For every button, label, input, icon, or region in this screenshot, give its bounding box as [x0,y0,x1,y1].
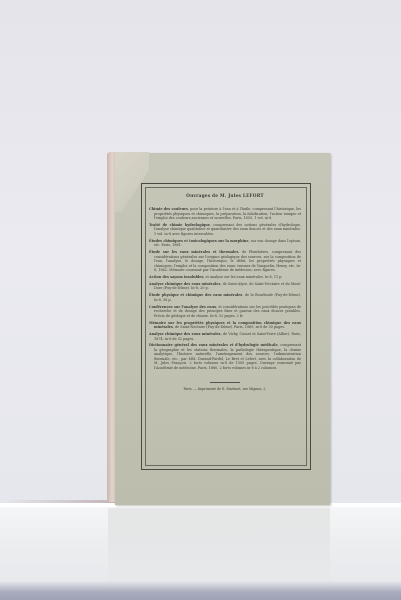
entry-title: Études chimiques et toxicologiques sur l… [149,239,249,243]
book-reflection [108,508,330,588]
entry-body: de Saint-Nectaire (Puy-de-Dôme). Paris, … [175,325,285,329]
entry-body: et analyse sur les eaux minérales. In-8,… [206,275,283,279]
entry-title: Analyse chimique des eaux minérales [149,282,220,286]
book-entry: Analyse chimique des eaux minérales, de … [149,332,301,341]
book-entry: Études chimiques et toxicologiques sur l… [149,239,301,248]
book-entry: Étude sur les eaux minérales et thermale… [149,250,301,273]
entry-title: Action des sayons insolubles [149,275,203,279]
cover-text: Ouvrages de M. Jules LEFORT Chimie des c… [149,192,301,462]
printer-imprint: Paris. — Imprimerie de E. Martinet, rue … [149,387,301,391]
book-entry: Analyse chimique des eaux minérales, de … [149,282,301,291]
book-entry: Mémoire sur les propriétés physiques et … [149,321,301,330]
book-entry: Dictionnaire général des eaux minérales … [149,343,301,370]
cover-title: Ouvrages de M. Jules LEFORT [149,194,301,199]
book-entry: Action des sayons insolubles, et analyse… [149,275,301,280]
entry-title: Dictionnaire général des eaux minérales … [149,343,278,347]
book-entry: Traité de chimie hydrologique, comprenan… [149,223,301,237]
book-entry: Étude physique et chimique des eaux miné… [149,293,301,302]
entry-title: Traité de chimie hydrologique [149,223,210,227]
book-entry: Chimie des couleurs, pour la peinture à … [149,207,301,221]
entry-title: Chimie des couleurs [149,207,188,211]
book-entry: Conférences sur l'analyse des eaux, et c… [149,305,301,319]
divider-rule [210,382,240,383]
entry-body: comprenant la géographie et les stations… [154,343,301,370]
entry-title: Étude sur les eaux minérales et thermale… [149,250,238,254]
entry-title: Conférences sur l'analyse des eaux [149,305,216,309]
entry-title: Analyse chimique des eaux minérales [149,332,221,336]
entry-title: Étude physique et chimique des eaux miné… [149,293,242,297]
